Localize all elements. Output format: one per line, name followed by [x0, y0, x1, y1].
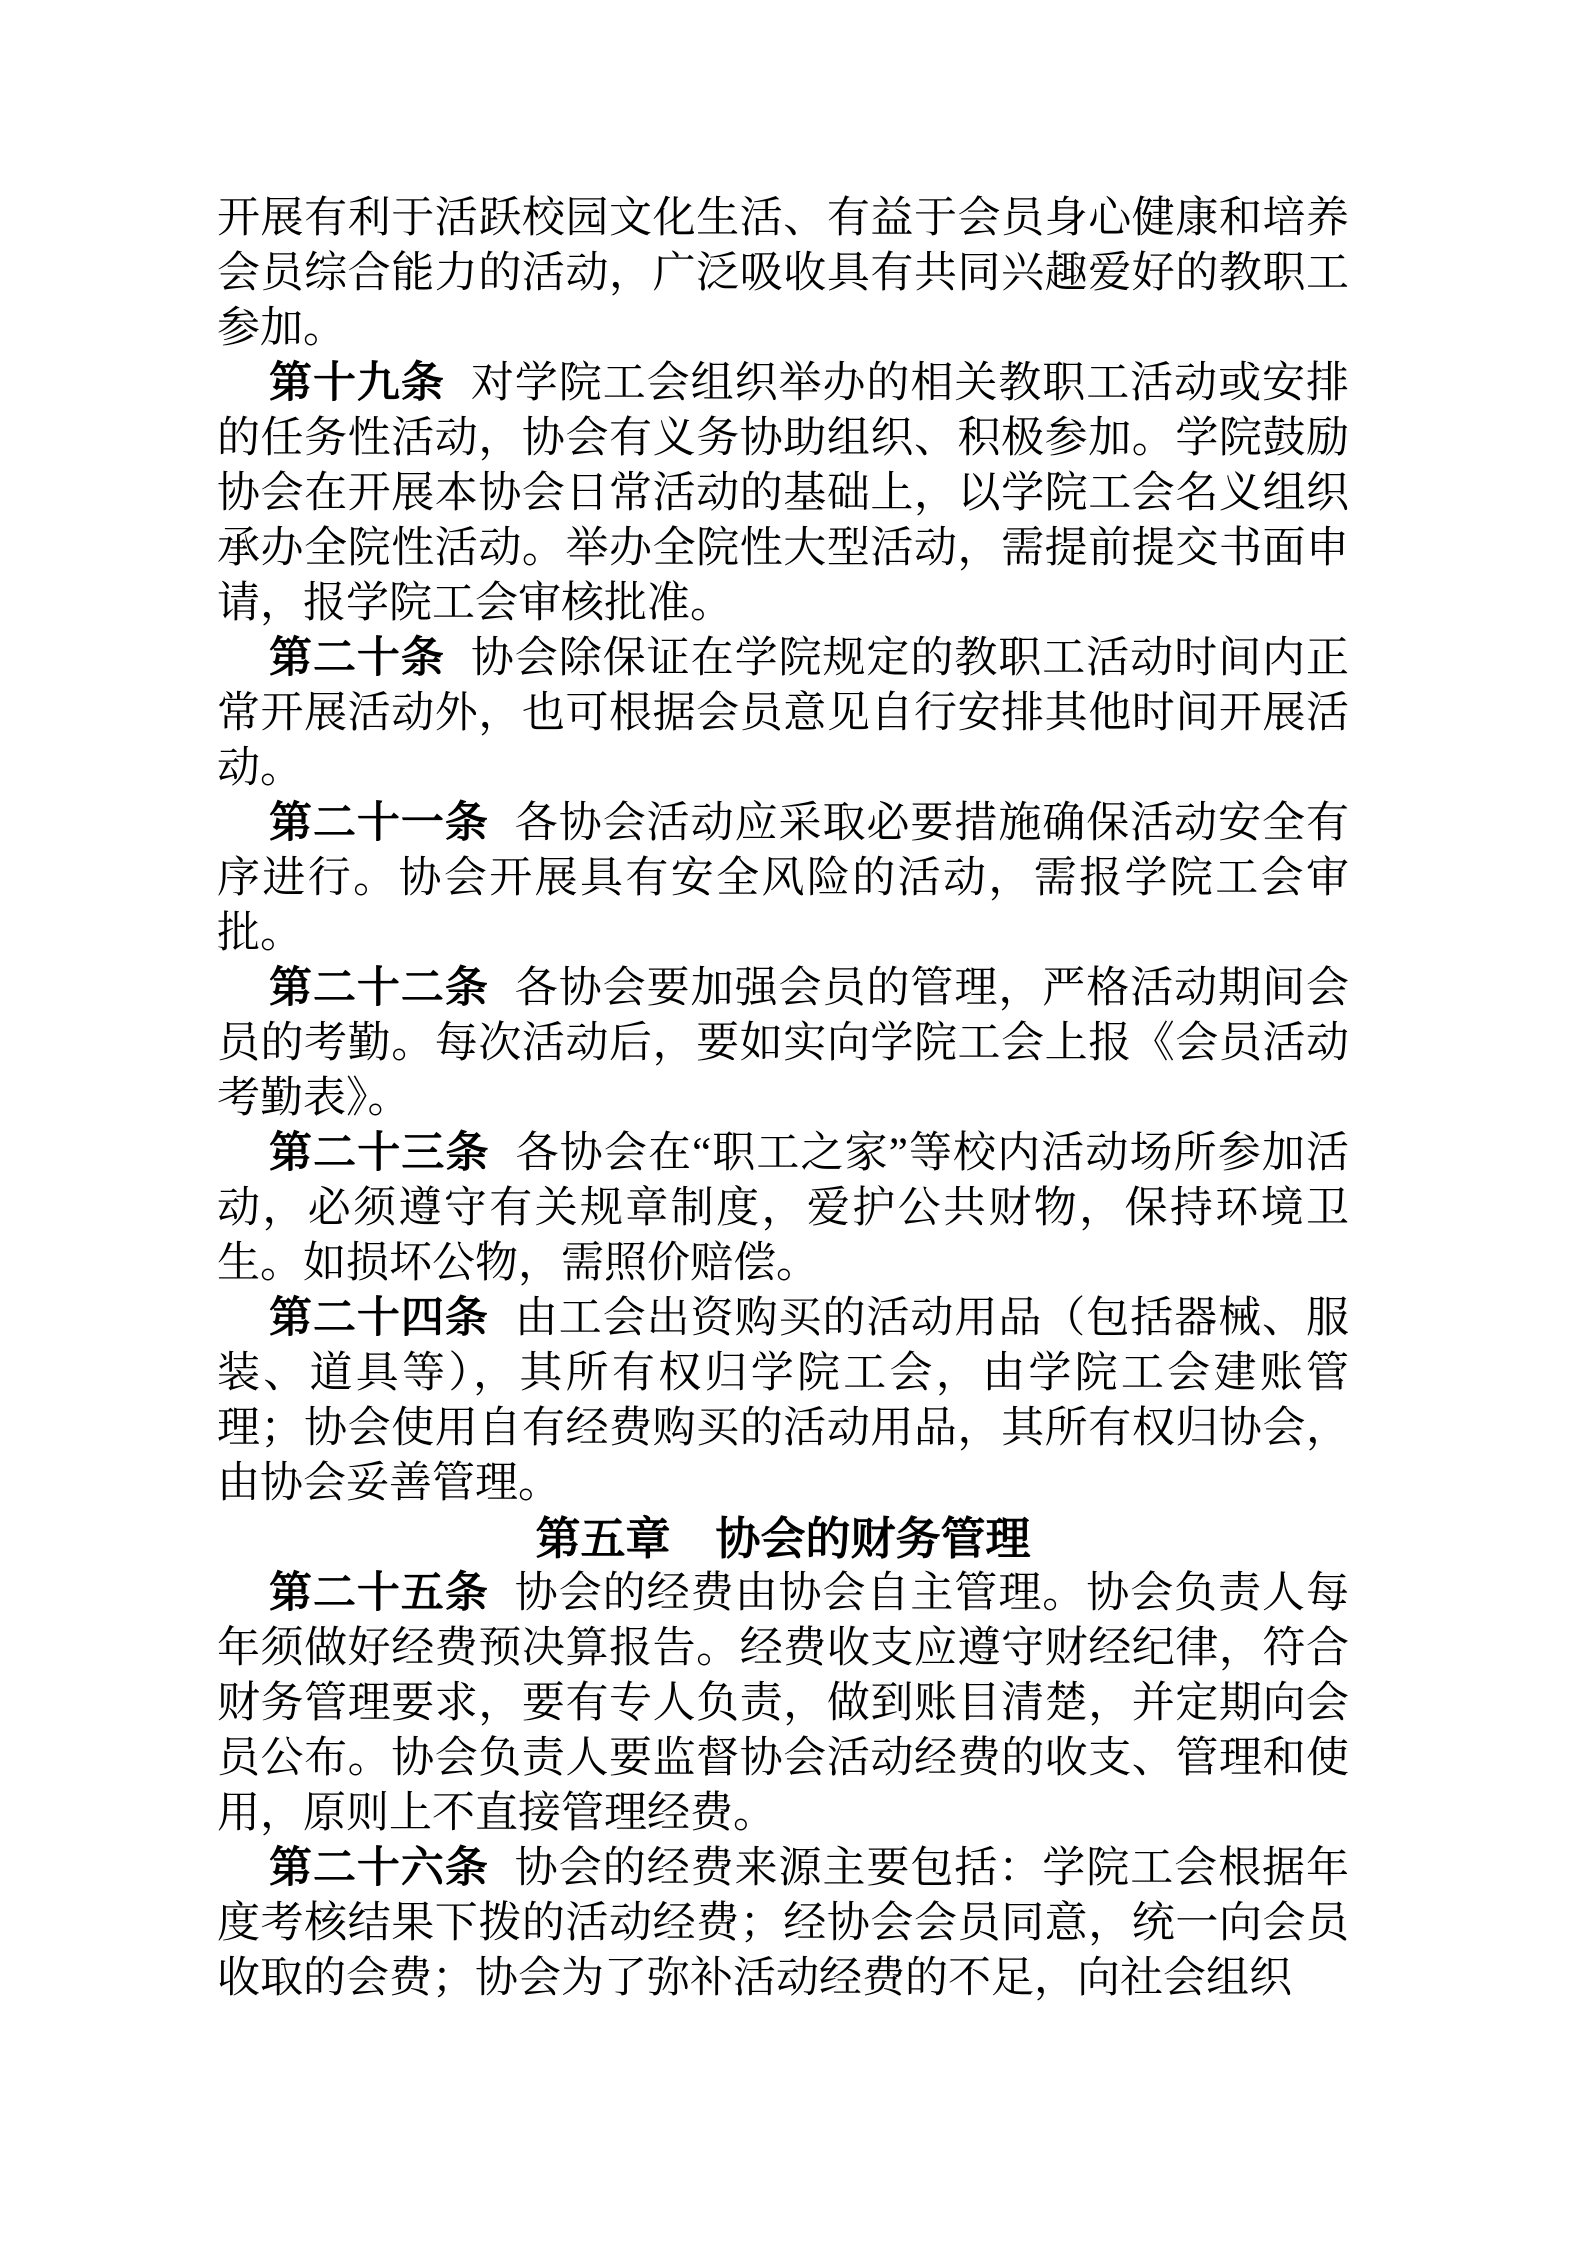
clause-26-number: 第二十六条 — [269, 1845, 489, 1892]
clause-20-paragraph: 第二十条协会除保证在学院规定的教职工活动时间内正常开展活动外，也可根据会员意见自… — [217, 631, 1349, 796]
clause-22-number: 第二十二条 — [269, 965, 489, 1012]
clause-24-paragraph: 第二十四条由工会出资购买的活动用品（包括器械、服装、道具等），其所有权归学院工会… — [217, 1291, 1349, 1511]
clause-19-number: 第十九条 — [269, 360, 445, 407]
clause-21-paragraph: 第二十一条各协会活动应采取必要措施确保活动安全有序进行。协会开展具有安全风险的活… — [217, 796, 1349, 961]
clause-22-paragraph: 第二十二条各协会要加强会员的管理，严格活动期间会员的考勤。每次活动后，要如实向学… — [217, 961, 1349, 1126]
clause-25-paragraph: 第二十五条协会的经费由协会自主管理。协会负责人每年须做好经费预决算报告。经费收支… — [217, 1566, 1349, 1841]
clause-21-number: 第二十一条 — [269, 800, 489, 847]
clause-20-number: 第二十条 — [269, 635, 445, 682]
clause-23-number: 第二十三条 — [269, 1130, 490, 1177]
paragraph-continuation: 开展有利于活跃校园文化生活、有益于会员身心健康和培养会员综合能力的活动，广泛吸收… — [217, 191, 1349, 356]
document-page: 开展有利于活跃校园文化生活、有益于会员身心健康和培养会员综合能力的活动，广泛吸收… — [0, 0, 1587, 2245]
document-text-block: 开展有利于活跃校园文化生活、有益于会员身心健康和培养会员综合能力的活动，广泛吸收… — [217, 191, 1349, 2006]
clause-24-number: 第二十四条 — [269, 1295, 489, 1342]
chapter-5-heading: 第五章 协会的财务管理 — [217, 1511, 1349, 1566]
clause-19-paragraph: 第十九条对学院工会组织举办的相关教职工活动或安排的任务性活动，协会有义务协助组织… — [217, 356, 1349, 631]
clause-25-number: 第二十五条 — [269, 1570, 489, 1617]
clause-26-paragraph: 第二十六条协会的经费来源主要包括：学院工会根据年度考核结果下拨的活动经费；经协会… — [217, 1841, 1349, 2006]
clause-23-paragraph: 第二十三条各协会在“职工之家”等校内活动场所参加活动，必须遵守有关规章制度，爱护… — [217, 1126, 1349, 1291]
paragraph-text: 开展有利于活跃校园文化生活、有益于会员身心健康和培养会员综合能力的活动，广泛吸收… — [217, 195, 1349, 352]
